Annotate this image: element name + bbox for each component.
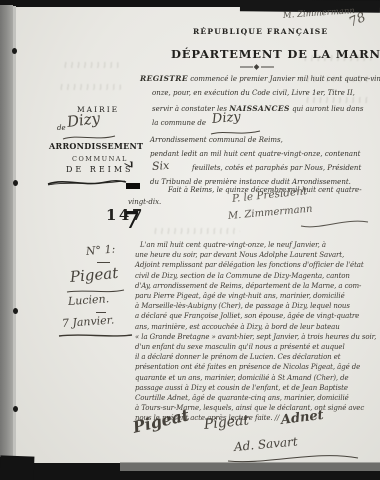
act-line: présentation ont été faites en présence … <box>135 362 378 372</box>
commune-underline-flourish <box>210 129 262 136</box>
act-line: d'un enfant du sexe masculin qu'il nous … <box>135 342 378 352</box>
scan-corner <box>0 455 34 480</box>
act-number: N° 1: <box>85 242 115 258</box>
margin-swash-rule <box>46 176 128 188</box>
bleedthrough-mark <box>302 97 372 103</box>
de-reims-label: DE REIMS <box>66 165 134 174</box>
commune-name-written: Dizy <box>211 110 241 127</box>
preamble-line: pendant ledit an mil huit cent quatre-vi… <box>150 150 360 158</box>
binding-dot <box>13 180 18 186</box>
page-edge <box>13 6 16 458</box>
binding-dot <box>12 48 17 54</box>
date-underline <box>58 333 134 338</box>
preamble-line: la commune de <box>152 119 206 127</box>
act-line: L'an mil huit cent quatre-vingt-onze, le… <box>135 240 378 250</box>
margin-stamp-seven-large: 7 <box>124 207 140 234</box>
preamble-line: servir à constater les NAISSANCES qui au… <box>152 104 363 113</box>
header-ornament <box>240 65 274 69</box>
act-line: d'Ay, arrondissement de Reims, départeme… <box>135 281 378 291</box>
act-line: quarante et un ans, marinier, domicilié … <box>135 373 378 383</box>
act-line: passage aussi à Dizy et cousin de l'enfa… <box>135 383 378 393</box>
preamble-line: feuillets, cotés et paraphés par Nous, P… <box>192 164 361 172</box>
act-line: civil de Dizy, section de la Commune de … <box>135 271 378 281</box>
binding-dot <box>13 308 18 314</box>
margin-dash <box>96 312 106 313</box>
register-page-scan: M. Zimmermann 78 RÉPUBLIQUE FRANÇAISE DÉ… <box>0 0 380 480</box>
preamble-line: Arrondissement communal de Reims, <box>150 136 283 144</box>
bleedthrough-mark <box>56 84 122 90</box>
preamble-line: onze, pour, en exécution du Code civil, … <box>152 89 355 97</box>
act-line: à Marseille-lès-Aubigny (Cher), de passa… <box>135 301 378 311</box>
departement-title: DÉPARTEMENT DE LA MARNE <box>171 47 380 61</box>
act-line: Adjoint remplissant par délégation les f… <box>135 260 378 270</box>
margin-dash <box>97 262 110 263</box>
act-line: paru Pierre Pigeat, âgé de vingt-huit an… <box>135 291 378 301</box>
bleedthrough-mark <box>60 62 120 68</box>
act-line: une heure du soir, par devant Nous Adolp… <box>135 250 378 260</box>
preamble-line: REGISTRE commencé le premier Janvier mil… <box>140 74 380 83</box>
registre-word: REGISTRE <box>140 74 188 83</box>
feuillets-count-written: Six <box>152 159 170 173</box>
act-line: il a déclaré donner le prénom de Lucien.… <box>135 352 378 362</box>
republique-title: RÉPUBLIQUE FRANÇAISE <box>193 27 328 36</box>
bleedthrough-mark <box>150 228 240 234</box>
communal-label: COMMUNAL <box>72 155 128 163</box>
act-line: « la Grande Bretagne » avant-hier, sept … <box>135 332 378 342</box>
preamble-line: du Tribunal de première instance dudit A… <box>150 178 351 186</box>
act-line: a déclaré que Françoise Jolliet, son épo… <box>135 311 378 321</box>
officer-signature-flourish <box>226 452 360 464</box>
binding-dot <box>13 406 18 412</box>
arrondissement-label: ARRONDISSEMENT <box>49 141 143 151</box>
mairie-de-label: de <box>57 124 66 132</box>
fait-a-reims-line2: vingt-dix. <box>128 198 161 206</box>
president-signature-flourish <box>300 218 370 230</box>
mairie-commune-flourish <box>62 133 117 141</box>
act-body: L'an mil huit cent quatre-vingt-onze, le… <box>135 240 378 424</box>
margin-ink-blot <box>126 183 140 189</box>
act-line: Courtille Adnet, âgé de quarante-cinq an… <box>135 393 378 403</box>
binding-strip <box>0 5 13 457</box>
act-line: ans, marinière, est accouchée à Dizy, à … <box>135 322 378 332</box>
